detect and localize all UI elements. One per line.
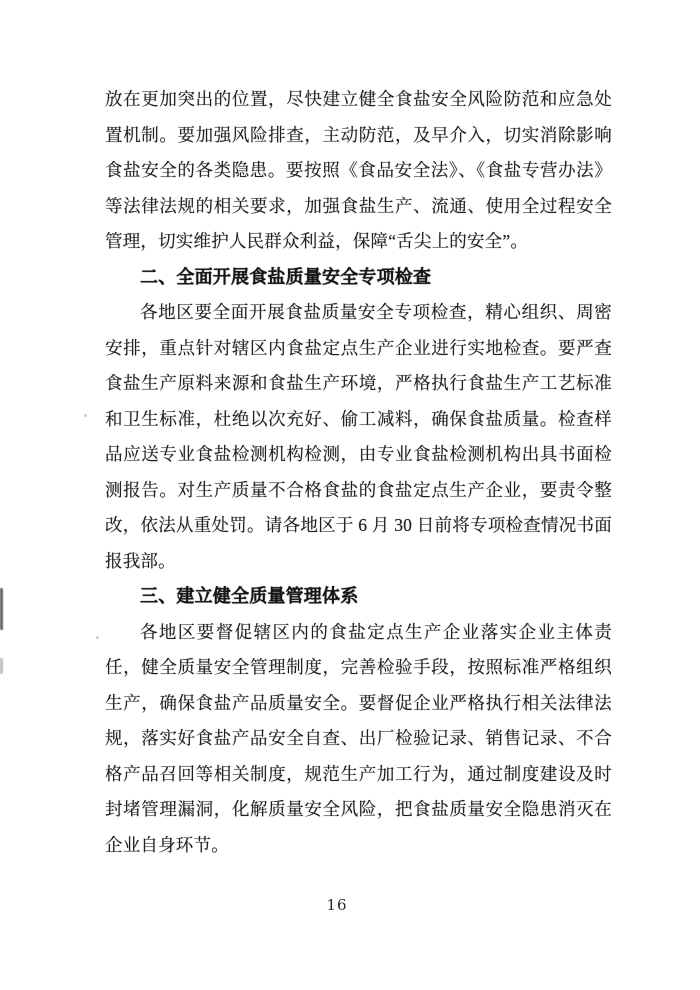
text-line: 任，健全质量安全管理制度，完善检验手段，按照标准严格组织 — [105, 650, 612, 686]
text-line: 测报告。对生产质量不合格食盐的食盐定点生产企业，要责令整 — [105, 473, 612, 509]
section-heading-3: 三、建立健全质量管理体系 — [105, 579, 612, 615]
text-line: 管理，切实维护人民群众利益，保障“舌尖上的安全”。 — [105, 224, 612, 260]
text-line: 安排，重点针对辖区内食盐定点生产企业进行实地检查。要严查 — [105, 331, 612, 367]
text-line: 格产品召回等相关制度，规范生产加工行为，通过制度建设及时 — [105, 757, 612, 793]
text-line: 置机制。要加强风险排查，主动防范，及早介入，切实消除影响 — [105, 118, 612, 154]
text-line: 报我部。 — [105, 544, 612, 580]
text-line: 食盐生产原料来源和食盐生产环境，严格执行食盐生产工艺标准 — [105, 366, 612, 402]
scan-artifact — [0, 588, 3, 630]
document-body: 放在更加突出的位置，尽快建立健全食盐安全风险防范和应急处 置机制。要加强风险排查… — [105, 82, 612, 863]
text-line: 生产，确保食盐产品质量安全。要督促企业严格执行相关法律法 — [105, 686, 612, 722]
paragraph-3: 各地区要督促辖区内的食盐定点生产企业落实企业主体责 任，健全质量安全管理制度，完… — [105, 615, 612, 864]
text-line: 企业自身环节。 — [105, 828, 612, 864]
paragraph-1: 放在更加突出的位置，尽快建立健全食盐安全风险防范和应急处 置机制。要加强风险排查… — [105, 82, 612, 260]
scan-speck — [96, 636, 99, 639]
text-line: 和卫生标准，杜绝以次充好、偷工减料，确保食盐质量。检查样 — [105, 402, 612, 438]
document-page: 放在更加突出的位置，尽快建立健全食盐安全风险防范和应急处 置机制。要加强风险排查… — [0, 0, 700, 990]
text-line: 各地区要全面开展食盐质量安全专项检查，精心组织、周密 — [105, 295, 612, 331]
text-line: 品应送专业食盐检测机构检测，由专业食盐检测机构出具书面检 — [105, 437, 612, 473]
paragraph-2: 各地区要全面开展食盐质量安全专项检查，精心组织、周密 安排，重点针对辖区内食盐定… — [105, 295, 612, 579]
text-line: 封堵管理漏洞，化解质量安全风险，把食盐质量安全隐患消灭在 — [105, 792, 612, 828]
text-line: 食盐安全的各类隐患。要按照《食品安全法》、《食盐专营办法》 — [105, 153, 612, 189]
text-line: 各地区要督促辖区内的食盐定点生产企业落实企业主体责 — [105, 615, 612, 651]
text-line: 改，依法从重处罚。请各地区于 6 月 30 日前将专项检查情况书面 — [105, 508, 612, 544]
text-line: 等法律法规的相关要求，加强食盐生产、流通、使用全过程安全 — [105, 189, 612, 225]
page-number: 16 — [303, 896, 371, 914]
scan-artifact — [0, 658, 3, 674]
section-heading-2: 二、全面开展食盐质量安全专项检查 — [105, 260, 612, 296]
text-line: 放在更加突出的位置，尽快建立健全食盐安全风险防范和应急处 — [105, 82, 612, 118]
scan-speck — [84, 414, 87, 417]
text-line: 规，落实好食盐产品安全自查、出厂检验记录、销售记录、不合 — [105, 721, 612, 757]
